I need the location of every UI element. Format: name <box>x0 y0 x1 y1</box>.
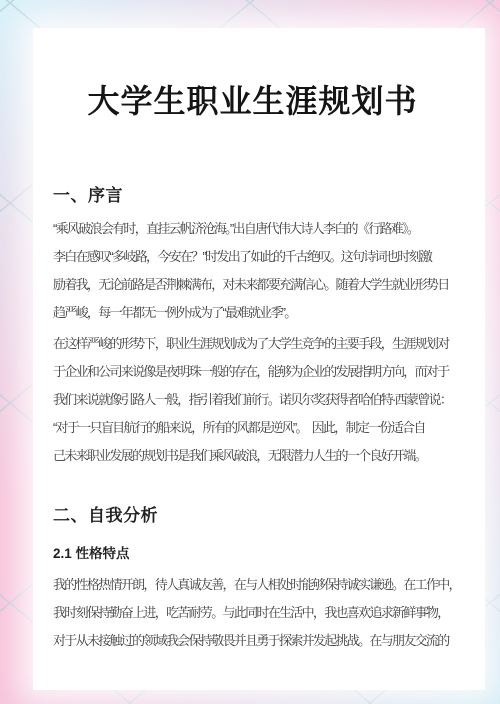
background: 大学生职业生涯规划书 一、序言 “乘风破浪会有时，直挂云帆济沧海。”出自唐代伟大… <box>0 0 500 704</box>
document-page: 大学生职业生涯规划书 一、序言 “乘风破浪会有时，直挂云帆济沧海。”出自唐代伟大… <box>33 28 485 690</box>
document-title: 大学生职业生涯规划书 <box>53 81 452 121</box>
preface-paragraph-1: “乘风破浪会有时，直挂云帆济沧海。”出自唐代伟大诗人李白的《行路难》。李白在感叹… <box>53 215 452 327</box>
subsection-heading-personality: 2.1 性格特点 <box>53 544 452 564</box>
section-heading-preface: 一、序言 <box>53 185 452 207</box>
section-heading-self-analysis: 二、自我分析 <box>53 505 452 527</box>
preface-paragraph-2: 在这样严峻的形势下，职业生涯规划成为了大学生竞争的主要手段，生涯规划对于企业和公… <box>53 330 452 470</box>
personality-paragraph-1: 我的性格热情开朗，待人真诚友善，在与人相处时能够保持诚实谦逊。在工作中，我时刻保… <box>53 571 452 655</box>
